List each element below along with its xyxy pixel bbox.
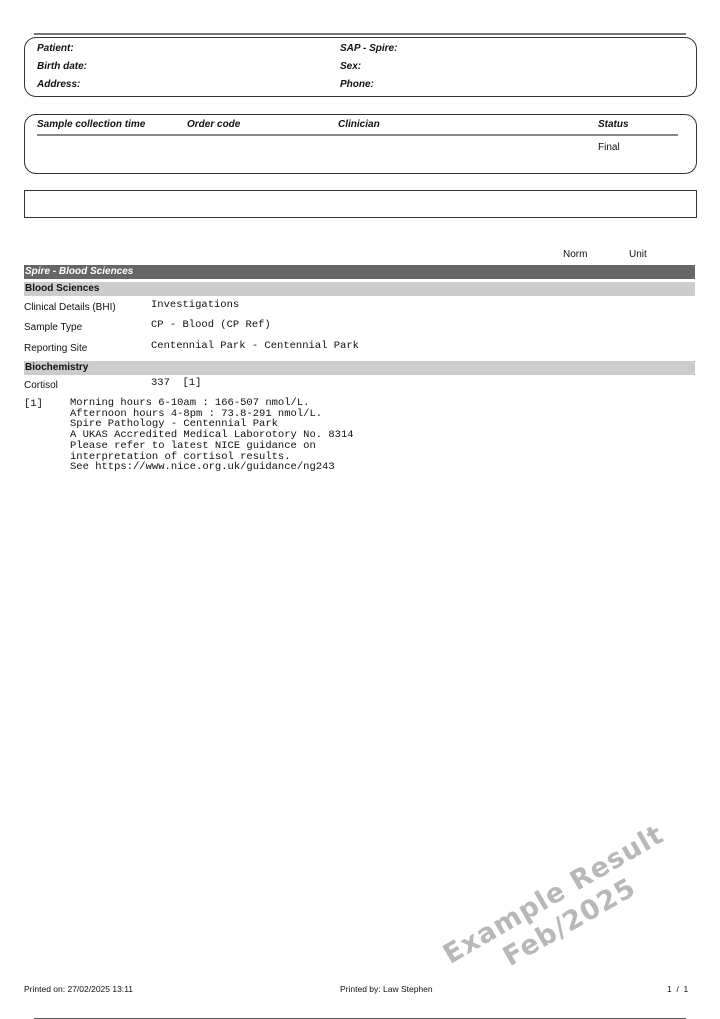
unit-column-header: Unit bbox=[629, 249, 647, 260]
birth-date-label: Birth date: bbox=[37, 61, 87, 72]
department-header: Spire - Blood Sciences bbox=[24, 265, 695, 279]
patient-label: Patient: bbox=[37, 43, 74, 54]
row-value: CP - Blood (CP Ref) bbox=[151, 319, 271, 331]
header-clinician: Clinician bbox=[338, 119, 380, 130]
footnote-marker: [1] bbox=[24, 398, 43, 410]
header-order-code: Order code bbox=[187, 119, 240, 130]
order-header-rule bbox=[37, 134, 678, 136]
address-label: Address: bbox=[37, 79, 80, 90]
sap-spire-label: SAP - Spire: bbox=[340, 43, 397, 54]
footnote-line: See https://www.nice.org.uk/guidance/ng2… bbox=[70, 462, 354, 473]
page-number: 1 / 1 bbox=[667, 984, 688, 994]
sex-label: Sex: bbox=[340, 61, 361, 72]
row-label: Clinical Details (BHI) bbox=[24, 302, 116, 313]
phone-label: Phone: bbox=[340, 79, 374, 90]
row-value: Centennial Park - Centennial Park bbox=[151, 340, 359, 352]
norm-column-header: Norm bbox=[563, 249, 587, 260]
row-value: Investigations bbox=[151, 299, 239, 311]
row-value-cortisol: 337 [1] bbox=[151, 377, 201, 389]
section-header-blood-sciences: Blood Sciences bbox=[24, 282, 695, 296]
watermark: Example Result Feb/2025 bbox=[438, 819, 686, 999]
header-sample-collection-time: Sample collection time bbox=[37, 119, 145, 130]
top-rule bbox=[34, 33, 686, 35]
header-status: Status bbox=[598, 119, 629, 130]
row-label-cortisol: Cortisol bbox=[24, 380, 58, 391]
footnote-text: Morning hours 6-10am : 166-507 nmol/L. A… bbox=[70, 398, 354, 473]
printed-by: Printed by: Law Stephen bbox=[340, 984, 433, 994]
status-value: Final bbox=[598, 142, 620, 153]
section-header-biochemistry: Biochemistry bbox=[24, 361, 695, 375]
comments-box bbox=[24, 190, 697, 218]
row-label: Sample Type bbox=[24, 322, 82, 333]
row-label: Reporting Site bbox=[24, 343, 87, 354]
footnote-line: Please refer to latest NICE guidance on bbox=[70, 441, 354, 452]
printed-on: Printed on: 27/02/2025 13:11 bbox=[24, 984, 133, 994]
